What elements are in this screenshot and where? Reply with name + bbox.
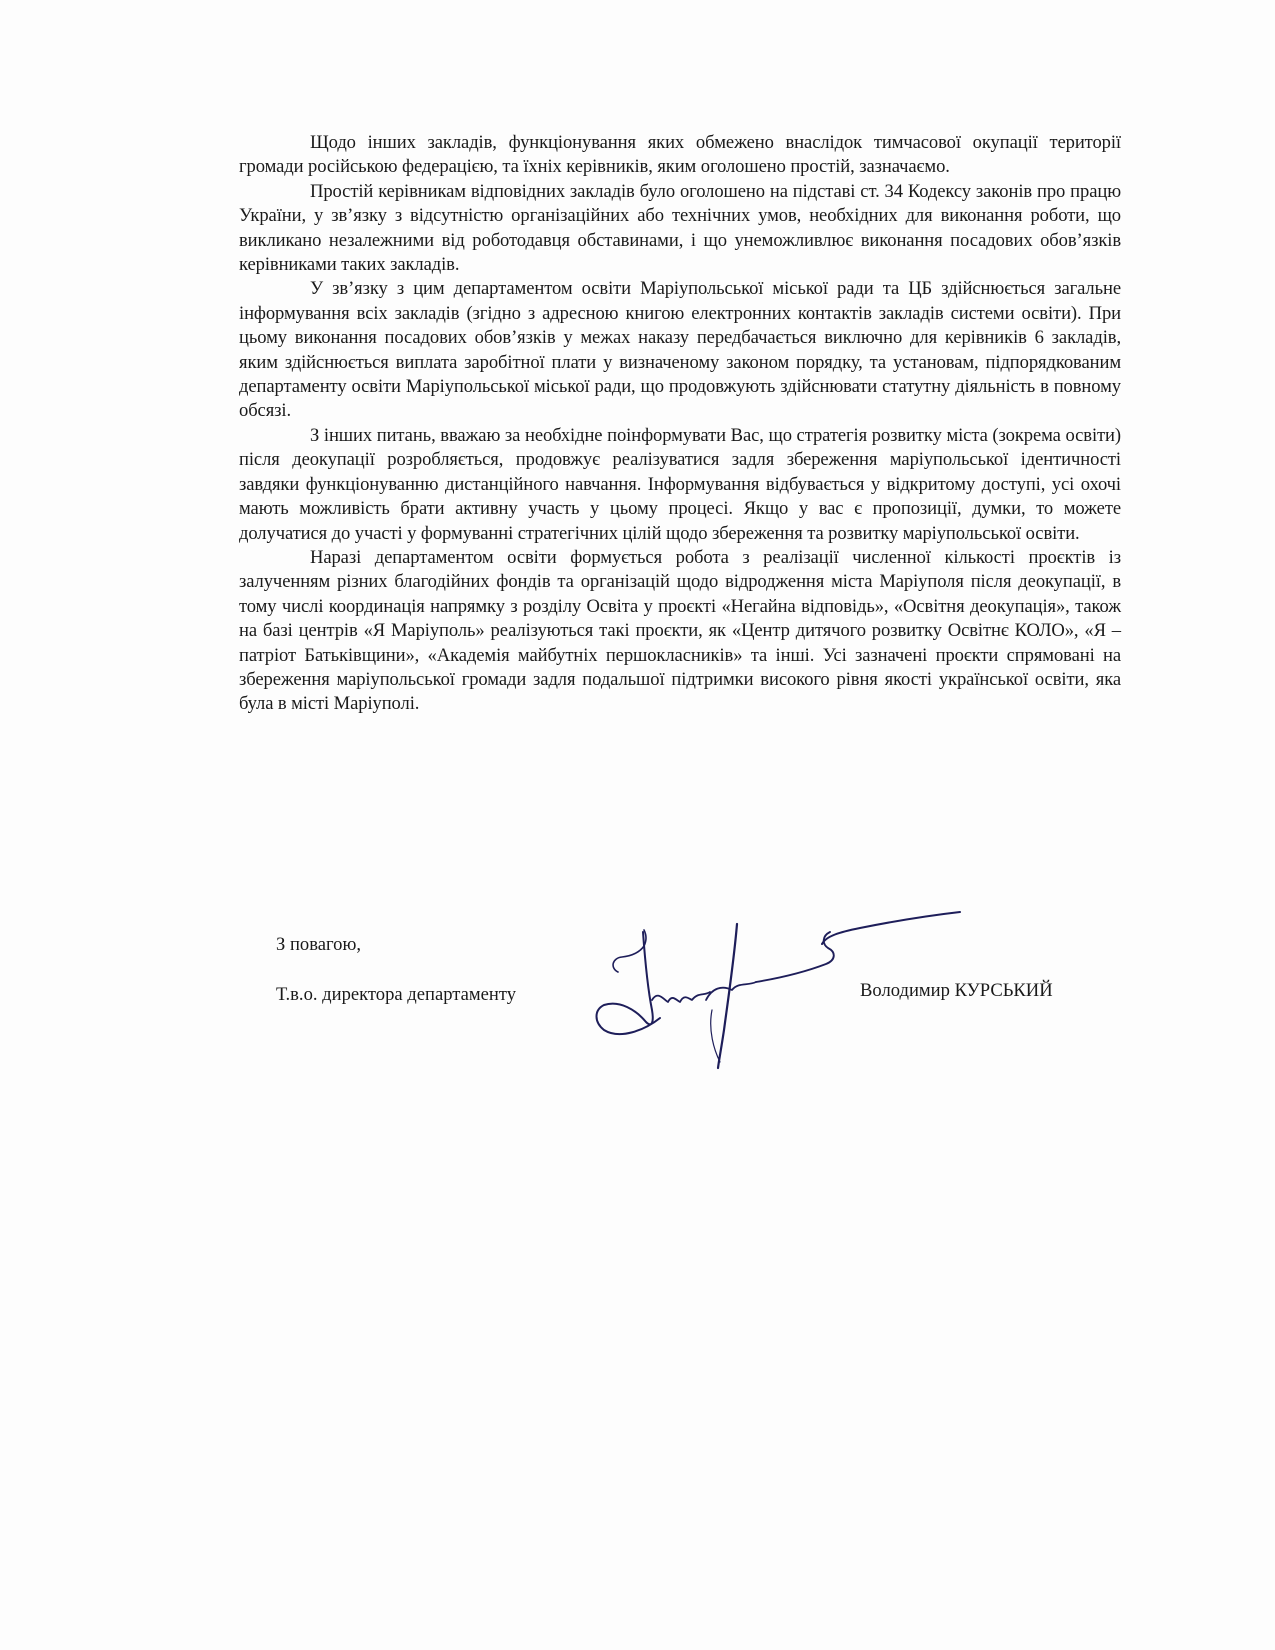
paragraph-3: У зв’язку з цим департаментом освіти Мар…	[239, 277, 1121, 423]
signer-name: Володимир КУРСЬКИЙ	[860, 979, 1053, 1003]
paragraph-2: Простій керівникам відповідних закладів …	[239, 180, 1121, 278]
letter-body: Щодо інших закладів, функціонування яких…	[239, 131, 1121, 717]
closing-salutation: З повагою,	[276, 933, 361, 957]
paragraph-1: Щодо інших закладів, функціонування яких…	[239, 131, 1121, 180]
paragraph-5: Наразі департаментом освіти формується р…	[239, 546, 1121, 717]
document-page: Щодо інших закладів, функціонування яких…	[0, 0, 1275, 1650]
signer-position: Т.в.о. директора департаменту	[276, 983, 516, 1007]
paragraph-4: З інших питань, вважаю за необхідне поін…	[239, 424, 1121, 546]
